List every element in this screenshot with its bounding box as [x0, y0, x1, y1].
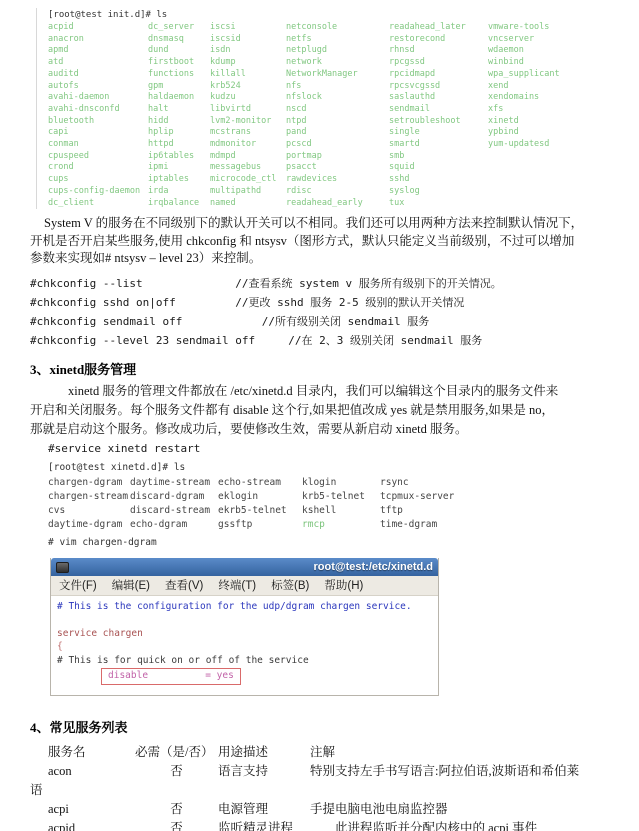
service-name: halt [148, 104, 210, 116]
terminal-content: # This is the configuration for the udp/… [51, 596, 438, 695]
service-name: haldaemon [148, 92, 210, 104]
paragraph-line: 开启和关闭服务。每个服务文件都有 disable 这个行,如果把值改成 yes … [30, 401, 616, 420]
service-name [488, 174, 625, 186]
service-name: nfs [286, 81, 389, 93]
terminal-window-title: root@test:/etc/xinetd.d [69, 558, 433, 576]
service-name: isdn [210, 45, 286, 57]
paragraph-line: 开机是否开启某些服务,使用 chkconfig 和 ntsysv（图形方式，默认… [30, 233, 616, 250]
col-header-note: 注解 [310, 743, 625, 762]
service-name: dc_client [48, 198, 148, 210]
service-name: gpm [148, 81, 210, 93]
terminal-window-screenshot: root@test:/etc/xinetd.d 文件(F)编辑(E)查看(V)终… [50, 558, 439, 696]
xinetd-paragraph: xinetd 服务的管理文件都放在 /etc/xinetd.d 目录内，我们可以… [30, 382, 616, 438]
service-name: smb [389, 151, 488, 163]
service-restart-command: #service xinetd restart [48, 440, 625, 458]
service-name: rpcsvcgssd [389, 81, 488, 93]
service-name: multipathd [210, 186, 286, 198]
terminal-menu-item: 编辑(E) [112, 576, 150, 596]
service-name: lvm2-monitor [210, 116, 286, 128]
service-name: acpid [48, 22, 148, 34]
xinetd-file-name: chargen-stream [48, 490, 130, 504]
service-name: apmd [48, 45, 148, 57]
service-name: rhnsd [389, 45, 488, 57]
quick-onoff-comment-line: # This is for quick on or off of the ser… [57, 654, 438, 668]
terminal-menu-item: 标签(B) [271, 576, 309, 596]
service-name: dnsmasq [148, 34, 210, 46]
initd-service-grid: acpiddc_serveriscsinetconsolereadahead_l… [48, 22, 625, 209]
service-name: atd [48, 57, 148, 69]
service-name [488, 151, 625, 163]
service-name: rpcidmapd [389, 69, 488, 81]
command-line: #chkconfig sshd on|off //更改 sshd 服务 2-5 … [30, 293, 625, 312]
section4-heading: 4、常见服务列表 [30, 717, 625, 736]
service-name: vncserver [488, 34, 625, 46]
service-name: microcode_ctl [210, 174, 286, 186]
service-name: mcstrans [210, 127, 286, 139]
service-name: cups-config-daemon [48, 186, 148, 198]
xinetd-file-name: discard-dgram [130, 490, 218, 504]
xinetd-file-name: rsync [380, 476, 625, 490]
service-name: mdmpd [210, 151, 286, 163]
table-row: acpid 否 监听精灵进程 此进程监听并分配内核中的 acpi 事件 [48, 819, 625, 831]
chkconfig-commands: #chkconfig --list //查看系统 system v 服务所有级别… [30, 274, 625, 350]
service-name [488, 186, 625, 198]
table-row: acon 否 语言支持 特别支持左手书写语言:阿拉伯语,波斯语和希伯莱 [48, 762, 625, 781]
service-name: capi [48, 127, 148, 139]
terminal-menu-item: 文件(F) [59, 576, 97, 596]
service-name: iscsid [210, 34, 286, 46]
service-name: wpa_supplicant [488, 69, 625, 81]
shell-prompt-initd: [root@test init.d]# ls [48, 8, 625, 22]
terminal-menu-item: 查看(V) [165, 576, 203, 596]
service-name: portmap [286, 151, 389, 163]
service-name: avahi-dnsconfd [48, 104, 148, 116]
service-name: mdmonitor [210, 139, 286, 151]
service-name: iptables [148, 174, 210, 186]
vim-command: # vim chargen-dgram [48, 534, 625, 551]
service-name: yum-updatesd [488, 139, 625, 151]
service-name: ypbind [488, 127, 625, 139]
table-header-row: 服务名 必需（是/否） 用途描述 注解 [48, 743, 625, 762]
service-name: httpd [148, 139, 210, 151]
xinetd-file-name: rmcp [302, 518, 380, 532]
service-name: firstboot [148, 57, 210, 69]
paragraph-line: 那就是启动这个服务。修改成功后，要使修改生效，需要从新启动 xinetd 服务。 [30, 420, 616, 439]
service-name: ntpd [286, 116, 389, 128]
service-name: saslauthd [389, 92, 488, 104]
disable-highlight-box: disable = yes [101, 668, 241, 685]
service-name: pcscd [286, 139, 389, 151]
service-name: named [210, 198, 286, 210]
paragraph-line: xinetd 服务的管理文件都放在 /etc/xinetd.d 目录内，我们可以… [30, 382, 616, 401]
service-name: autofs [48, 81, 148, 93]
service-name: rawdevices [286, 174, 389, 186]
cell-note: 特别支持左手书写语言:阿拉伯语,波斯语和希伯莱 [310, 762, 625, 781]
col-header-required: 必需（是/否） [135, 743, 218, 762]
xinetd-file-name: gssftp [218, 518, 302, 532]
paragraph-line: 参数来实现如# ntsysv – level 23）来控制。 [30, 250, 616, 267]
config-comment-line: # This is the configuration for the udp/… [57, 600, 438, 614]
service-name: ipmi [148, 162, 210, 174]
xinetd-file-name: echo-dgram [130, 518, 218, 532]
shell-prompt-xinetd: [root@test xinetd.d]# ls [48, 460, 625, 476]
cell-note: 此进程监听并分配内核中的 acpi 事件 [310, 819, 625, 831]
service-name: libvirtd [210, 104, 286, 116]
service-table: 服务名 必需（是/否） 用途描述 注解 acon 否 语言支持 特别支持左手书写… [30, 743, 625, 831]
service-name: NetworkManager [286, 69, 389, 81]
service-name: anacron [48, 34, 148, 46]
xinetd-file-grid: chargen-dgramdaytime-streamecho-streamkl… [48, 476, 625, 532]
service-keyword-line: service chargen [57, 627, 438, 641]
service-name: irqbalance [148, 198, 210, 210]
service-name: cups [48, 174, 148, 186]
open-brace-line: { [57, 640, 438, 654]
paragraph-line: System V 的服务在不同级别下的默认开关可以不相同。我们还可以用两种方法来… [30, 215, 616, 232]
section3-heading: 3、xinetd服务管理 [30, 359, 625, 378]
service-name: netfs [286, 34, 389, 46]
terminal-menu-item: 帮助(H) [324, 576, 363, 596]
service-name: sendmail [389, 104, 488, 116]
xinetd-file-name: tcpmux-server [380, 490, 625, 504]
terminal-app-icon [56, 562, 69, 573]
xinetd-file-name: echo-stream [218, 476, 302, 490]
service-name: xfs [488, 104, 625, 116]
service-name [488, 198, 625, 210]
service-name: nscd [286, 104, 389, 116]
service-name: cpuspeed [48, 151, 148, 163]
document-page: { "colors": { "service_list_green": "#82… [0, 0, 639, 831]
xinetd-listing-block: [root@test xinetd.d]# ls chargen-dgramda… [48, 460, 625, 551]
cell-required: 否 [135, 762, 218, 781]
xinetd-file-name: klogin [302, 476, 380, 490]
service-name: syslog [389, 186, 488, 198]
service-name: functions [148, 69, 210, 81]
xinetd-file-name: time-dgram [380, 518, 625, 532]
service-name: pand [286, 127, 389, 139]
service-name: iscsi [210, 22, 286, 34]
xinetd-file-name: tftp [380, 504, 625, 518]
service-name: auditd [48, 69, 148, 81]
xinetd-file-name: daytime-dgram [48, 518, 130, 532]
service-name: krb524 [210, 81, 286, 93]
service-name: smartd [389, 139, 488, 151]
command-line: #chkconfig --list //查看系统 system v 服务所有级别… [30, 274, 625, 293]
service-name: messagebus [210, 162, 286, 174]
col-header-usage: 用途描述 [218, 743, 310, 762]
cell-service-name: acpi [48, 800, 135, 819]
terminal-menubar: 文件(F)编辑(E)查看(V)终端(T)标签(B)帮助(H) [51, 576, 438, 596]
cell-usage: 监听精灵进程 [218, 819, 310, 831]
table-row: acpi 否 电源管理 手提电脑电池电扇监控器 [48, 800, 625, 819]
service-name: avahi-daemon [48, 92, 148, 104]
table-row-continuation: 语 [30, 781, 625, 800]
xinetd-file-name: cvs [48, 504, 130, 518]
service-name: winbind [488, 57, 625, 69]
service-name: rdisc [286, 186, 389, 198]
service-name: dund [148, 45, 210, 57]
service-name: xendomains [488, 92, 625, 104]
service-name: kudzu [210, 92, 286, 104]
service-name: xend [488, 81, 625, 93]
cell-service-name: acpid [48, 819, 135, 831]
service-name: rpcgssd [389, 57, 488, 69]
service-name: psacct [286, 162, 389, 174]
service-name: xinetd [488, 116, 625, 128]
service-name: irda [148, 186, 210, 198]
service-name: network [286, 57, 389, 69]
terminal-menu-item: 终端(T) [218, 576, 256, 596]
disable-line: disable = yes [101, 668, 438, 685]
service-name [488, 162, 625, 174]
service-name: dc_server [148, 22, 210, 34]
cell-required: 否 [135, 819, 218, 831]
service-name: nfslock [286, 92, 389, 104]
systemv-paragraph: System V 的服务在不同级别下的默认开关可以不相同。我们还可以用两种方法来… [30, 215, 616, 267]
service-name: readahead_later [389, 22, 488, 34]
cell-service-name: acon [48, 762, 135, 781]
service-name: single [389, 127, 488, 139]
xinetd-file-name: eklogin [218, 490, 302, 504]
service-name: bluetooth [48, 116, 148, 128]
xinetd-file-name: kshell [302, 504, 380, 518]
xinetd-file-name: daytime-stream [130, 476, 218, 490]
xinetd-file-name: discard-stream [130, 504, 218, 518]
service-name: setroubleshoot [389, 116, 488, 128]
service-name: readahead_early [286, 198, 389, 210]
service-name: ip6tables [148, 151, 210, 163]
cell-usage: 电源管理 [218, 800, 310, 819]
xinetd-file-name: chargen-dgram [48, 476, 130, 490]
service-name: sshd [389, 174, 488, 186]
cell-usage: 语言支持 [218, 762, 310, 781]
service-name: hidd [148, 116, 210, 128]
service-name: crond [48, 162, 148, 174]
service-name: kdump [210, 57, 286, 69]
xinetd-file-name: krb5-telnet [302, 490, 380, 504]
col-header-service: 服务名 [48, 743, 135, 762]
blank-line [57, 614, 438, 627]
terminal-titlebar: root@test:/etc/xinetd.d [51, 558, 438, 576]
service-name: netconsole [286, 22, 389, 34]
command-line: #chkconfig --level 23 sendmail off //在 2… [30, 331, 625, 350]
service-name: tux [389, 198, 488, 210]
service-name: netplugd [286, 45, 389, 57]
cell-note: 手提电脑电池电扇监控器 [310, 800, 625, 819]
service-name: wdaemon [488, 45, 625, 57]
initd-listing-block: [root@test init.d]# ls acpiddc_serverisc… [36, 8, 625, 209]
service-name: restorecond [389, 34, 488, 46]
command-line: #chkconfig sendmail off //所有级别关闭 sendmai… [30, 312, 625, 331]
service-name: conman [48, 139, 148, 151]
service-name: vmware-tools [488, 22, 625, 34]
service-name: hplip [148, 127, 210, 139]
service-name: squid [389, 162, 488, 174]
xinetd-file-name: ekrb5-telnet [218, 504, 302, 518]
cell-required: 否 [135, 800, 218, 819]
service-name: killall [210, 69, 286, 81]
